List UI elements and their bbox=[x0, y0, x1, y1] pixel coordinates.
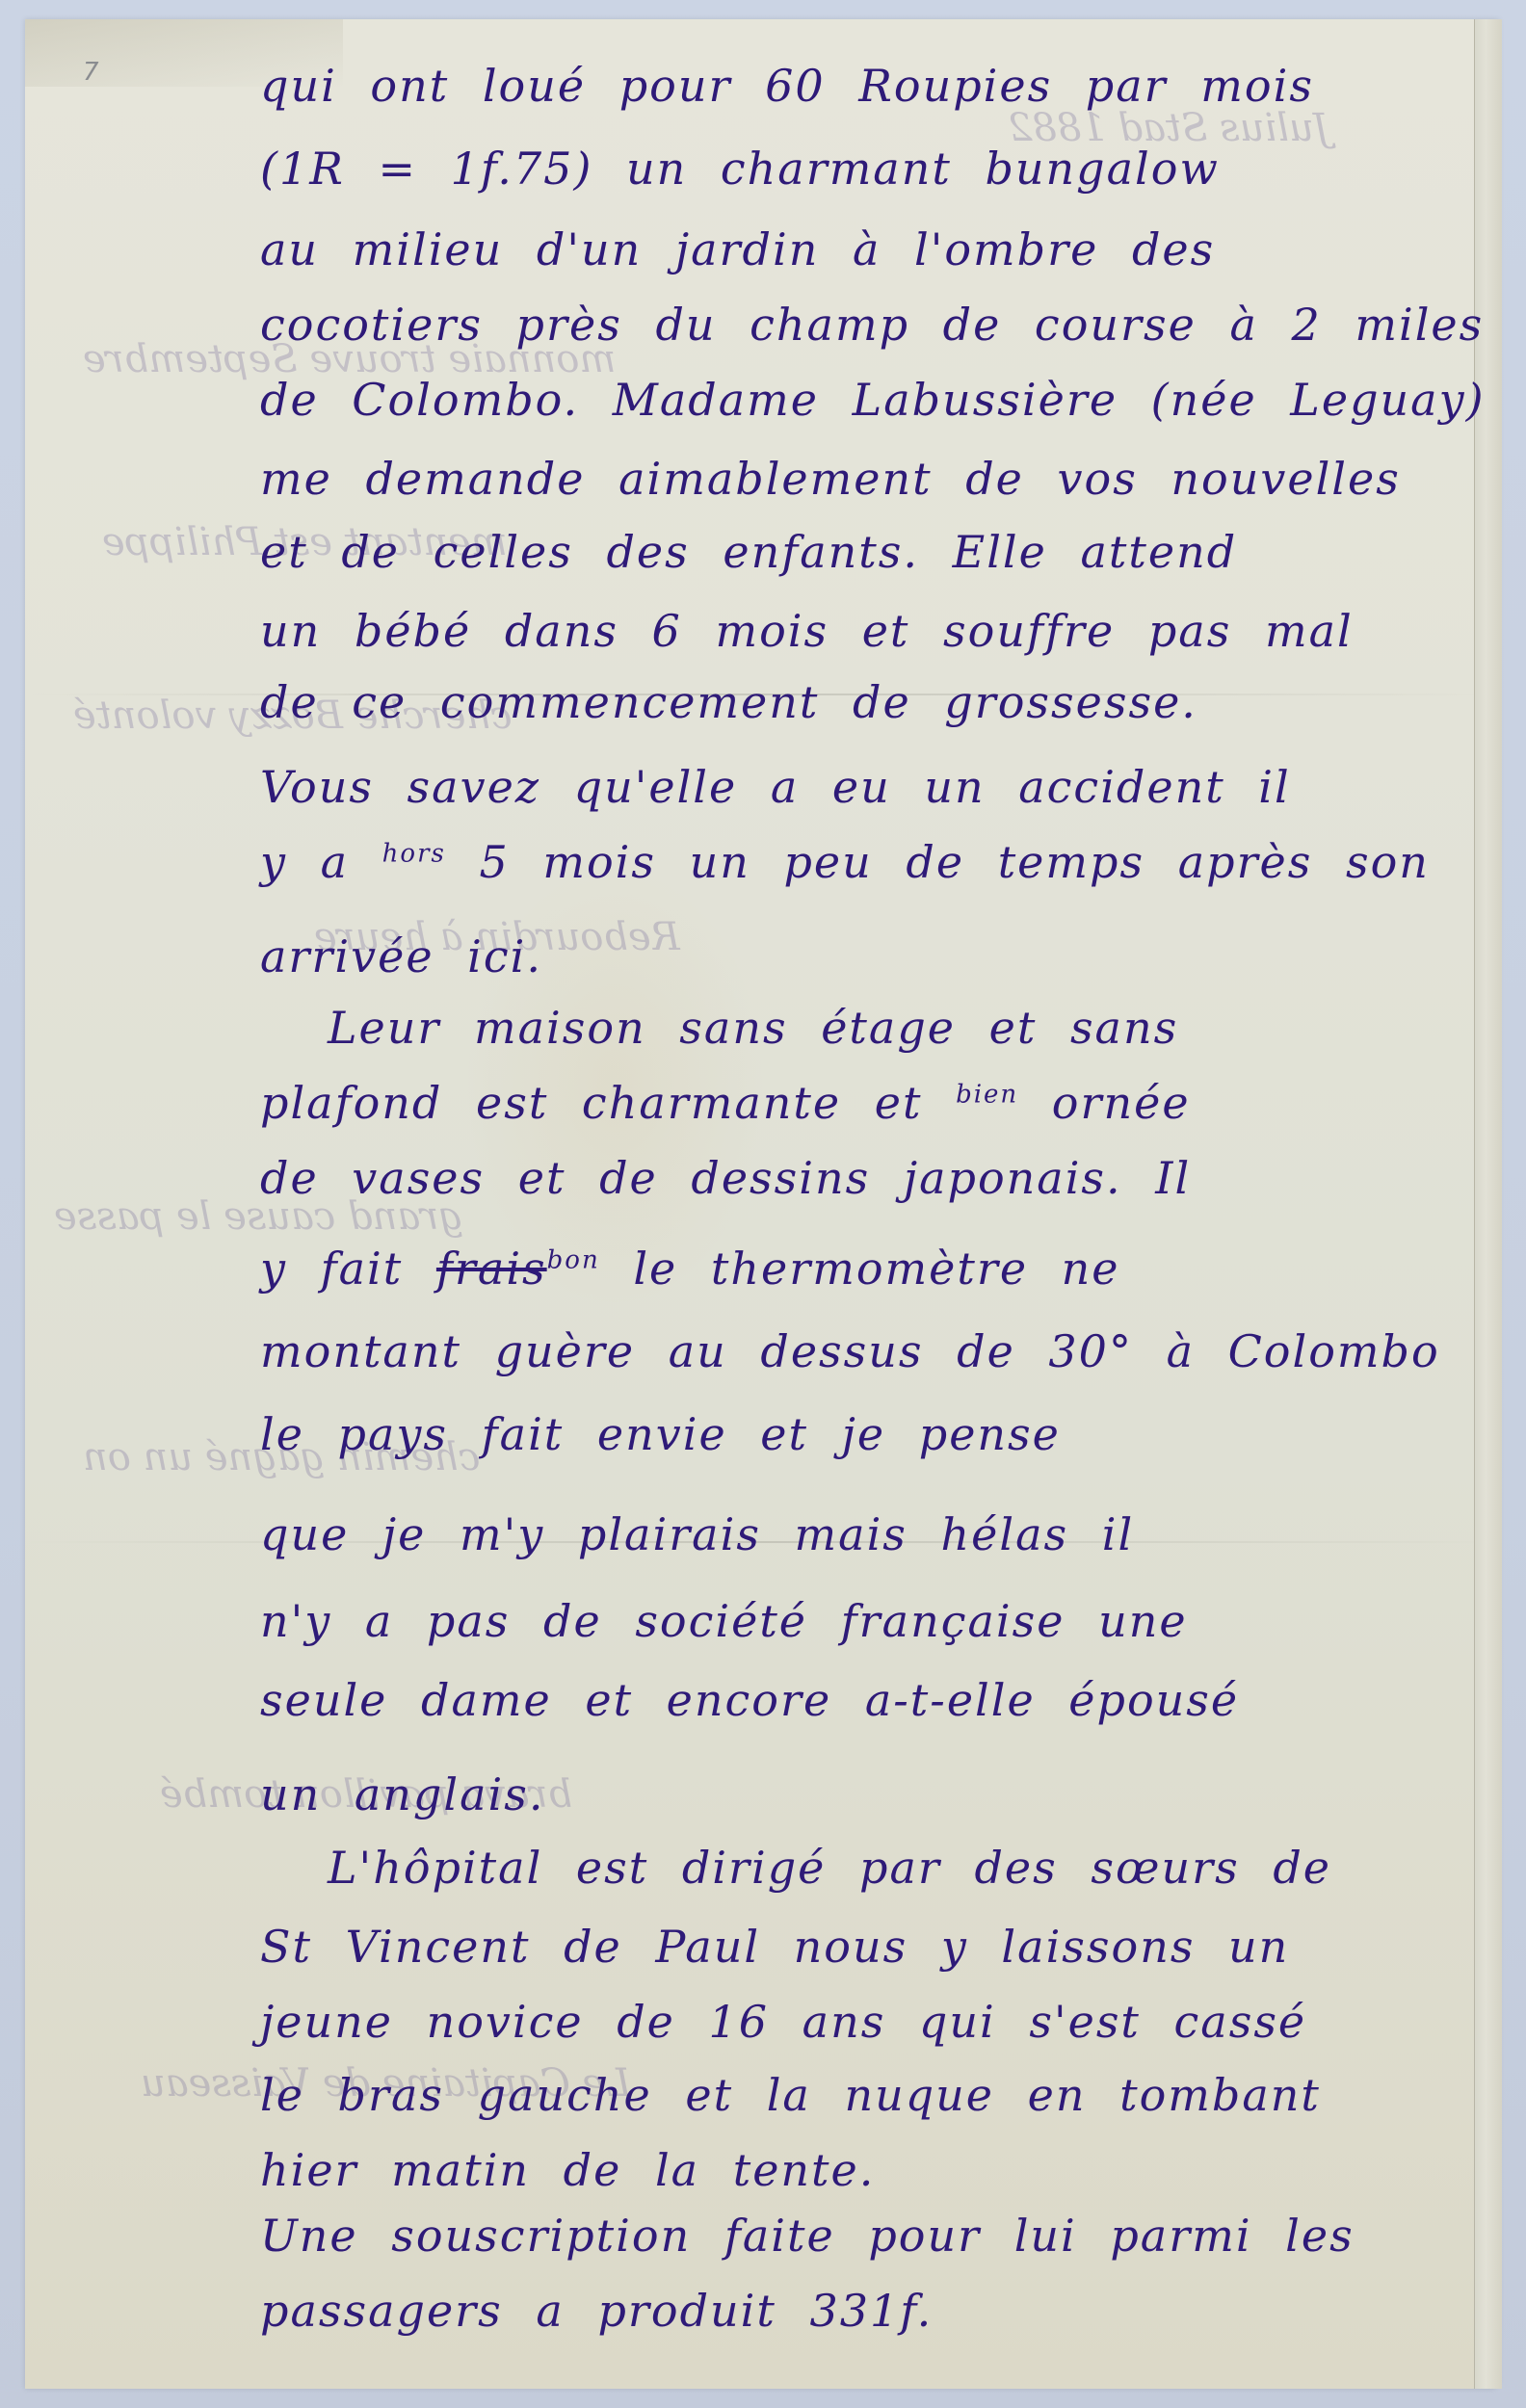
line-segment: plafond est charmante et bbox=[260, 1077, 922, 1129]
letter-line: me demande aimablement de vos nouvelles bbox=[260, 453, 1468, 505]
letter-line: St Vincent de Paul nous y laissons un bbox=[260, 1921, 1468, 1973]
letter-line: n'y a pas de société française une bbox=[260, 1595, 1468, 1647]
line-segment: ornée bbox=[1052, 1077, 1191, 1129]
letter-line: de ce commencement de grossesse. bbox=[260, 676, 1468, 728]
letter-line: (1R = 1f.75) un charmant bungalow bbox=[260, 143, 1468, 195]
struck-word: frais bbox=[436, 1243, 547, 1295]
letter-line: plafond est charmante et bien ornée bbox=[260, 1077, 1468, 1129]
letter-line: le bras gauche et la nuque en tombant bbox=[260, 2069, 1468, 2121]
line-segment: le thermomètre ne bbox=[633, 1243, 1119, 1295]
interlinear-insertion: hors bbox=[382, 840, 446, 869]
letter-line: et de celles des enfants. Elle attend bbox=[260, 526, 1468, 578]
letter-line: y a hors 5 mois un peu de temps après so… bbox=[260, 836, 1468, 888]
interlinear-insertion: bien bbox=[956, 1081, 1018, 1110]
letter-line: Leur maison sans étage et sans bbox=[328, 1002, 1468, 1054]
letter-line: qui ont loué pour 60 Roupies par mois bbox=[260, 60, 1468, 112]
letter-line: le pays fait envie et je pense bbox=[260, 1408, 1468, 1460]
letter-line: de vases et de dessins japonais. Il bbox=[260, 1152, 1468, 1204]
line-segment: 5 mois un peu de temps après son bbox=[479, 836, 1429, 888]
letter-line: montant guère au dessus de 30° à Colombo bbox=[260, 1325, 1468, 1377]
letter-line: hier matin de la tente. bbox=[260, 2144, 1468, 2196]
letter-line: que je m'y plairais mais hélas il bbox=[260, 1508, 1468, 1560]
line-segment: y fait bbox=[260, 1243, 403, 1295]
letter-line: Une souscription faite pour lui parmi le… bbox=[260, 2210, 1468, 2262]
letter-line: passagers a produit 331f. bbox=[260, 2285, 1468, 2337]
line-segment: y a bbox=[260, 836, 349, 888]
letter-line: seule dame et encore a-t-elle épousé bbox=[260, 1674, 1468, 1726]
letter-line: arrivée ici. bbox=[260, 930, 1468, 982]
letter-line: Vous savez qu'elle a eu un accident il bbox=[260, 761, 1468, 813]
letter-line: jeune novice de 16 ans qui s'est cassé bbox=[260, 1996, 1468, 2048]
interlinear-insertion: bon bbox=[547, 1246, 600, 1275]
letter-line: y fait fraisbon le thermomètre ne bbox=[260, 1243, 1468, 1295]
letter-line: cocotiers près du champ de course à 2 mi… bbox=[260, 299, 1468, 351]
letter-line: de Colombo. Madame Labussière (née Legua… bbox=[260, 374, 1468, 426]
letter-line: un anglais. bbox=[260, 1768, 1468, 1820]
letter-line: un bébé dans 6 mois et souffre pas mal bbox=[260, 605, 1468, 657]
letter-line: L'hôpital est dirigé par des sœurs de bbox=[328, 1842, 1468, 1894]
letter-line: au milieu d'un jardin à l'ombre des bbox=[260, 223, 1468, 275]
page-number: 7 bbox=[83, 58, 99, 87]
